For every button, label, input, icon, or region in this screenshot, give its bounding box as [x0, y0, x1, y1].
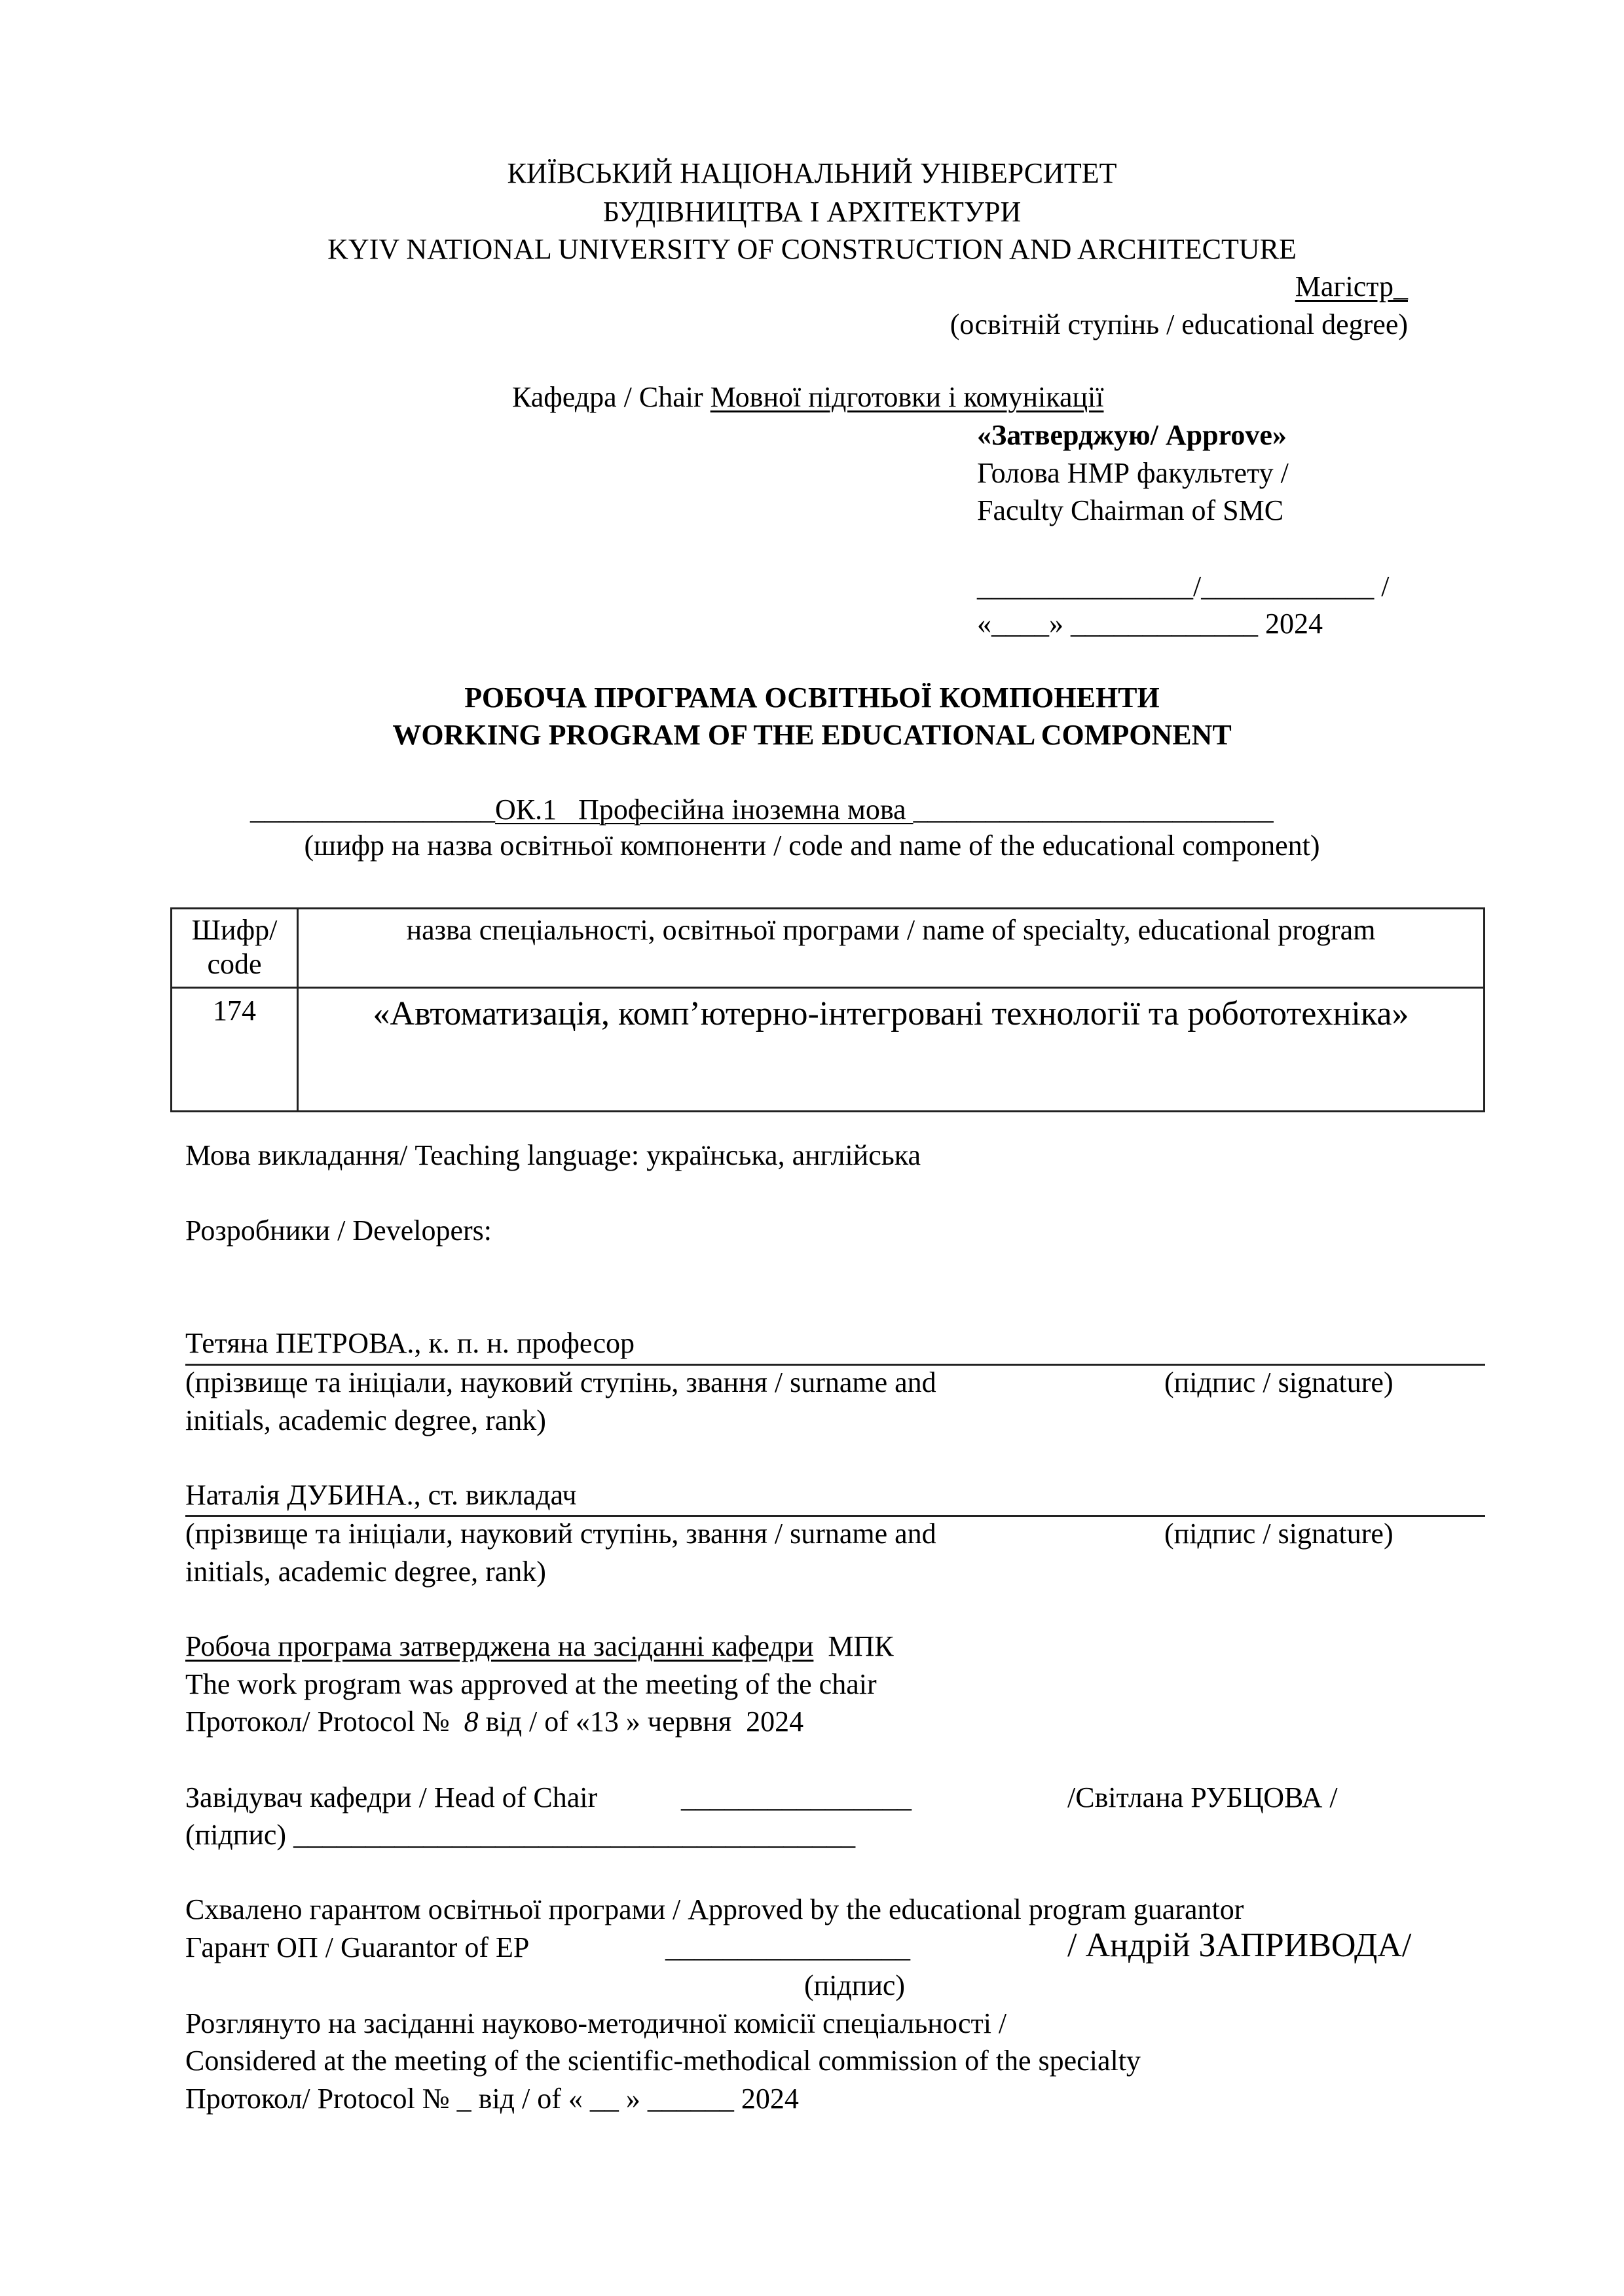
approve-signature-line: _______________/____________ / — [977, 572, 1389, 601]
chair-approval-value: МПК — [813, 1630, 893, 1662]
table-header-code: Шифр/code — [172, 909, 298, 988]
degree-value: Магістр_ — [1295, 272, 1408, 301]
head-of-chair-sign-blank: _______________________________________ — [293, 1819, 855, 1851]
chair-approval-line1: Робоча програма затверджена на засіданні… — [185, 1632, 894, 1661]
head-of-chair-label: Завідувач кафедри / Head of Chair — [185, 1783, 597, 1812]
developer-2-caption-1: (прізвище та ініціали, науковий ступінь,… — [185, 1520, 936, 1548]
chair-approval-line2: The work program was approved at the mee… — [185, 1670, 877, 1699]
university-name-uk-line2: БУДІВНИЦТВА І АРХІТЕКТУРИ — [0, 198, 1624, 227]
component-trail-blank: _________________________ — [913, 793, 1274, 826]
commission-line1: Розглянуто на засіданні науково-методичн… — [185, 2009, 1006, 2038]
component-lead-blank: _________________ — [250, 793, 495, 826]
table-header-name: назва спеціальності, освітньої програми … — [298, 909, 1485, 988]
developer-1-name: Тетяна ПЕТРОВА., к. п. н. професор — [185, 1329, 635, 1358]
developer-1-signature-caption: (підпис / signature) — [1164, 1368, 1393, 1397]
table-header-row: Шифр/code назва спеціальності, освітньої… — [172, 909, 1485, 988]
guarantor-signature-blank: _________________ — [665, 1933, 910, 1962]
head-of-chair-sign-line: (підпис) _______________________________… — [185, 1821, 855, 1850]
chair-line: Кафедра / Chair Мовної підготовки і кому… — [512, 383, 1104, 412]
table-cell-name: «Автоматизація, комп’ютерно-інтегровані … — [298, 988, 1485, 1112]
chair-approval-underlined: Робоча програма затверджена на засіданні… — [185, 1630, 813, 1662]
chair-label: Кафедра / Chair — [512, 381, 710, 413]
university-name-en: KYIV NATIONAL UNIVERSITY OF CONSTRUCTION… — [0, 235, 1624, 264]
approve-title: «Затверджую/ Approve» — [977, 421, 1287, 450]
commission-line2: Considered at the meeting of the scienti… — [185, 2047, 1141, 2075]
table-row: 174 «Автоматизація, комп’ютерно-інтегров… — [172, 988, 1485, 1112]
approve-line1: Голова НМР факультету / — [977, 459, 1289, 488]
protocol-suffix: від / of «13 » червня 2024 — [479, 1705, 803, 1738]
component-caption: (шифр на назва освітньої компоненти / co… — [0, 831, 1624, 860]
developer-2-name: Наталія ДУБИНА., ст. викладач — [185, 1481, 576, 1510]
developer-1-rule — [185, 1364, 1485, 1366]
component-value: ОК.1 Професійна іноземна мова — [495, 793, 913, 826]
guarantor-label: Гарант ОП / Guarantor of EP — [185, 1933, 529, 1962]
guarantor-name: / Андрій ЗАПРИВОДА/ — [1067, 1929, 1411, 1963]
protocol-number: 8 — [464, 1705, 479, 1738]
table-cell-code: 174 — [172, 988, 298, 1112]
head-of-chair-signature-blank: ________________ — [681, 1783, 912, 1812]
head-of-chair-name: /Світлана РУБЦОВА / — [1067, 1783, 1338, 1812]
developer-2-signature-caption: (підпис / signature) — [1164, 1520, 1393, 1548]
commission-protocol: Протокол/ Protocol № _ від / of « __ » _… — [185, 2085, 799, 2113]
university-name-uk-line1: КИЇВСЬКИЙ НАЦІОНАЛЬНИЙ УНІВЕРСИТЕТ — [0, 159, 1624, 188]
chair-value: Мовної підготовки і комунікації — [710, 381, 1104, 413]
document-title-en: WORKING PROGRAM OF THE EDUCATIONAL COMPO… — [0, 721, 1624, 750]
head-of-chair-sign-caption: (підпис) — [185, 1819, 293, 1851]
degree-caption: (освітній ступінь / educational degree) — [950, 310, 1408, 339]
developer-2-rule — [185, 1515, 1485, 1517]
approve-date-line: «____» _____________ 2024 — [977, 610, 1323, 638]
developer-1-caption-1: (прізвище та ініціали, науковий ступінь,… — [185, 1368, 936, 1397]
protocol-prefix: Протокол/ Protocol № — [185, 1705, 464, 1738]
developers-label: Розробники / Developers: — [185, 1216, 492, 1245]
teaching-language: Мова викладання/ Teaching language: укра… — [185, 1141, 921, 1170]
developer-2-caption-2: initials, academic degree, rank) — [185, 1558, 546, 1586]
document-title-uk: РОБОЧА ПРОГРАМА ОСВІТНЬОЇ КОМПОНЕНТИ — [0, 683, 1624, 712]
developer-1-caption-2: initials, academic degree, rank) — [185, 1406, 546, 1435]
specialty-table: Шифр/code назва спеціальності, освітньої… — [170, 907, 1485, 1112]
guarantor-sign-caption: (підпис) — [804, 1971, 905, 2000]
component-line: _________________ОК.1 Професійна іноземн… — [250, 795, 1274, 824]
chair-protocol-line: Протокол/ Protocol № 8 від / of «13 » че… — [185, 1707, 803, 1736]
approve-line2: Faculty Chairman of SMC — [977, 496, 1283, 525]
guarantor-approved-line: Схвалено гарантом освітньої програми / A… — [185, 1895, 1244, 1924]
